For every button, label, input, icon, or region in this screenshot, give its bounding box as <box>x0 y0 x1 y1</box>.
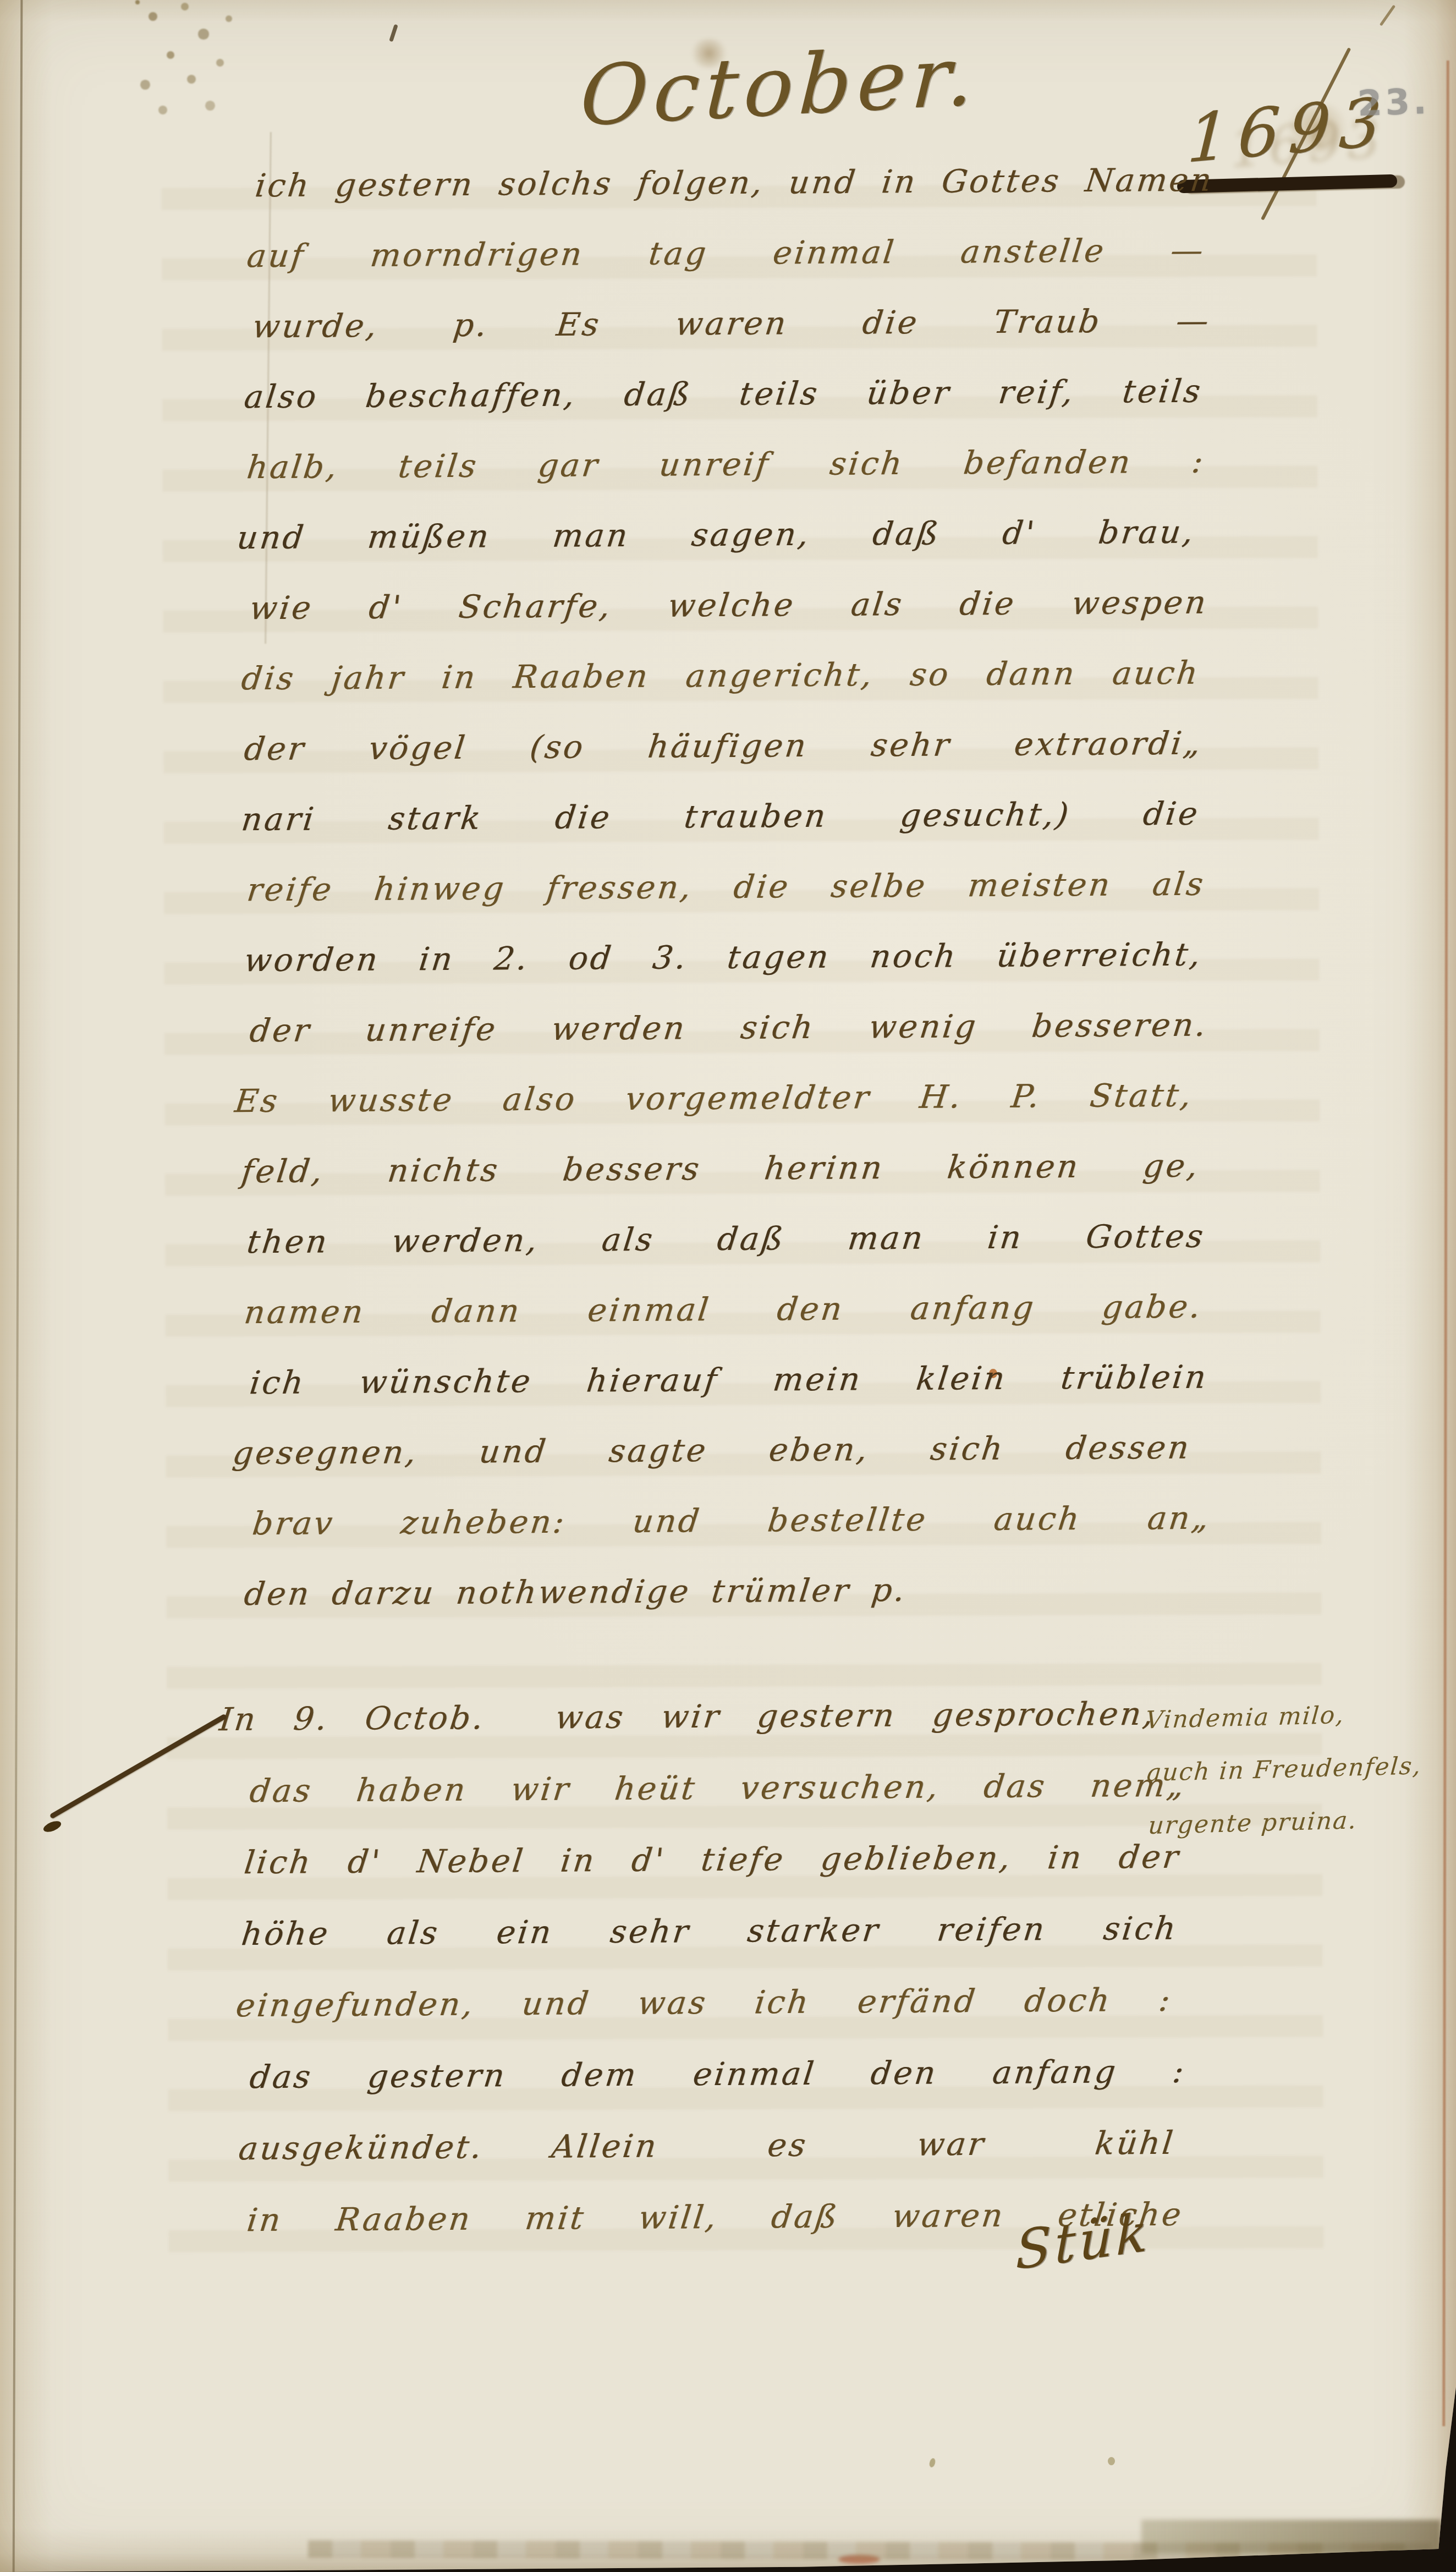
manuscript-line: höhe als ein sehr starker reifen sich <box>238 1893 1182 1970</box>
manuscript-line: In 9. Octob. was wir gestern gesprochen, <box>216 1678 1160 1755</box>
manuscript-line: den darzu nothwendige trümler p. <box>240 1553 1206 1630</box>
manuscript-scan: October. 1693 1693 23. ich gestern solch… <box>0 0 1456 2572</box>
page-edge-line <box>1442 61 1449 2426</box>
marginal-note: Vindemia milo,auch in Freudenfels,urgent… <box>1145 1686 1456 1853</box>
manuscript-line: dis jahr in Raaben angericht, so dann au… <box>238 638 1204 714</box>
month-title: October. <box>578 28 981 145</box>
marginal-note-line: auch in Freudenfels, <box>1145 1739 1456 1800</box>
ink-fleck <box>389 24 398 42</box>
manuscript-line: wie d' Scharfe, welche als die wespen <box>246 567 1212 644</box>
manuscript-line: lich d' Nebel in d' tiefe geblieben, in … <box>240 1821 1184 1898</box>
bottom-edge-soiling <box>308 2540 1430 2560</box>
manuscript-line: ausgekündet. Allein es war kühl <box>235 2107 1179 2184</box>
stain-speckles-top-left <box>135 0 140 4</box>
red-edge-smudge <box>838 2555 880 2564</box>
manuscript-line: reife hinweg fressen, die selbe meisten … <box>243 849 1209 925</box>
manuscript-line: halb, teils gar unreif sich befanden : <box>243 426 1209 503</box>
manuscript-line: der vögel (so häufigen sehr extraordi„ <box>240 708 1206 785</box>
olive-speck <box>1108 2457 1115 2465</box>
manuscript-line: der unreife werden sich wenig besseren. <box>246 990 1212 1066</box>
olive-speck <box>928 2458 936 2468</box>
manuscript-line: eingefunden, und was ich erfänd doch : <box>232 1964 1176 2041</box>
manuscript-line: Es wusste also vorgemeldter H. P. Statt, <box>231 1060 1197 1137</box>
manuscript-line: nari stark die trauben gesucht,) die <box>238 778 1204 855</box>
manuscript-line: feld, nichts bessers herinn können ge, <box>238 1131 1204 1207</box>
initial-descender-blob <box>42 1819 63 1834</box>
body-paragraph-2: In 9. Octob. was wir gestern gesprochen,… <box>220 1681 1185 2253</box>
manuscript-line: das gestern dem einmal den anfang : <box>246 2036 1190 2113</box>
manuscript-line: ich gestern solchs folgen, und in Gottes… <box>251 145 1217 221</box>
manuscript-line: brav zuheben: und bestellte auch an„ <box>249 1483 1215 1559</box>
manuscript-line: auf morndrigen tag einmal anstelle — <box>243 215 1209 292</box>
manuscript-line: das haben wir heüt versuchen, das nem„ <box>246 1750 1190 1827</box>
manuscript-line: worden in 2. od 3. tagen noch überreicht… <box>240 919 1206 996</box>
gutter-crease <box>13 0 23 2572</box>
corner-pen-mark <box>1380 5 1395 26</box>
folio-number-stamp: 23. <box>1357 81 1431 125</box>
corner-edge-soiling <box>1141 2520 1441 2554</box>
manuscript-line: gesegnen, und sagte eben, sich dessen <box>229 1412 1195 1489</box>
marginal-note-line: urgente pruina. <box>1146 1792 1456 1853</box>
manuscript-page: October. 1693 1693 23. ich gestern solch… <box>0 0 1456 2572</box>
manuscript-line: namen dann einmal den anfang gabe. <box>240 1271 1206 1348</box>
manuscript-line: also beschaffen, daß teils über reif, te… <box>240 356 1206 432</box>
marginal-note-line: Vindemia milo, <box>1144 1686 1455 1747</box>
initial-descender-flourish <box>50 1714 227 1819</box>
manuscript-line: wurde, p. Es waren die Traub — <box>249 286 1215 362</box>
manuscript-line: then werden, als daß man in Gottes <box>243 1201 1209 1277</box>
manuscript-line: und müßen man sagen, daß d' brau, <box>233 497 1199 573</box>
body-paragraph-1: ich gestern solchs folgen, und in Gottes… <box>226 147 1213 1626</box>
manuscript-line: ich wünschte hierauf mein klein trüblein <box>246 1342 1212 1418</box>
